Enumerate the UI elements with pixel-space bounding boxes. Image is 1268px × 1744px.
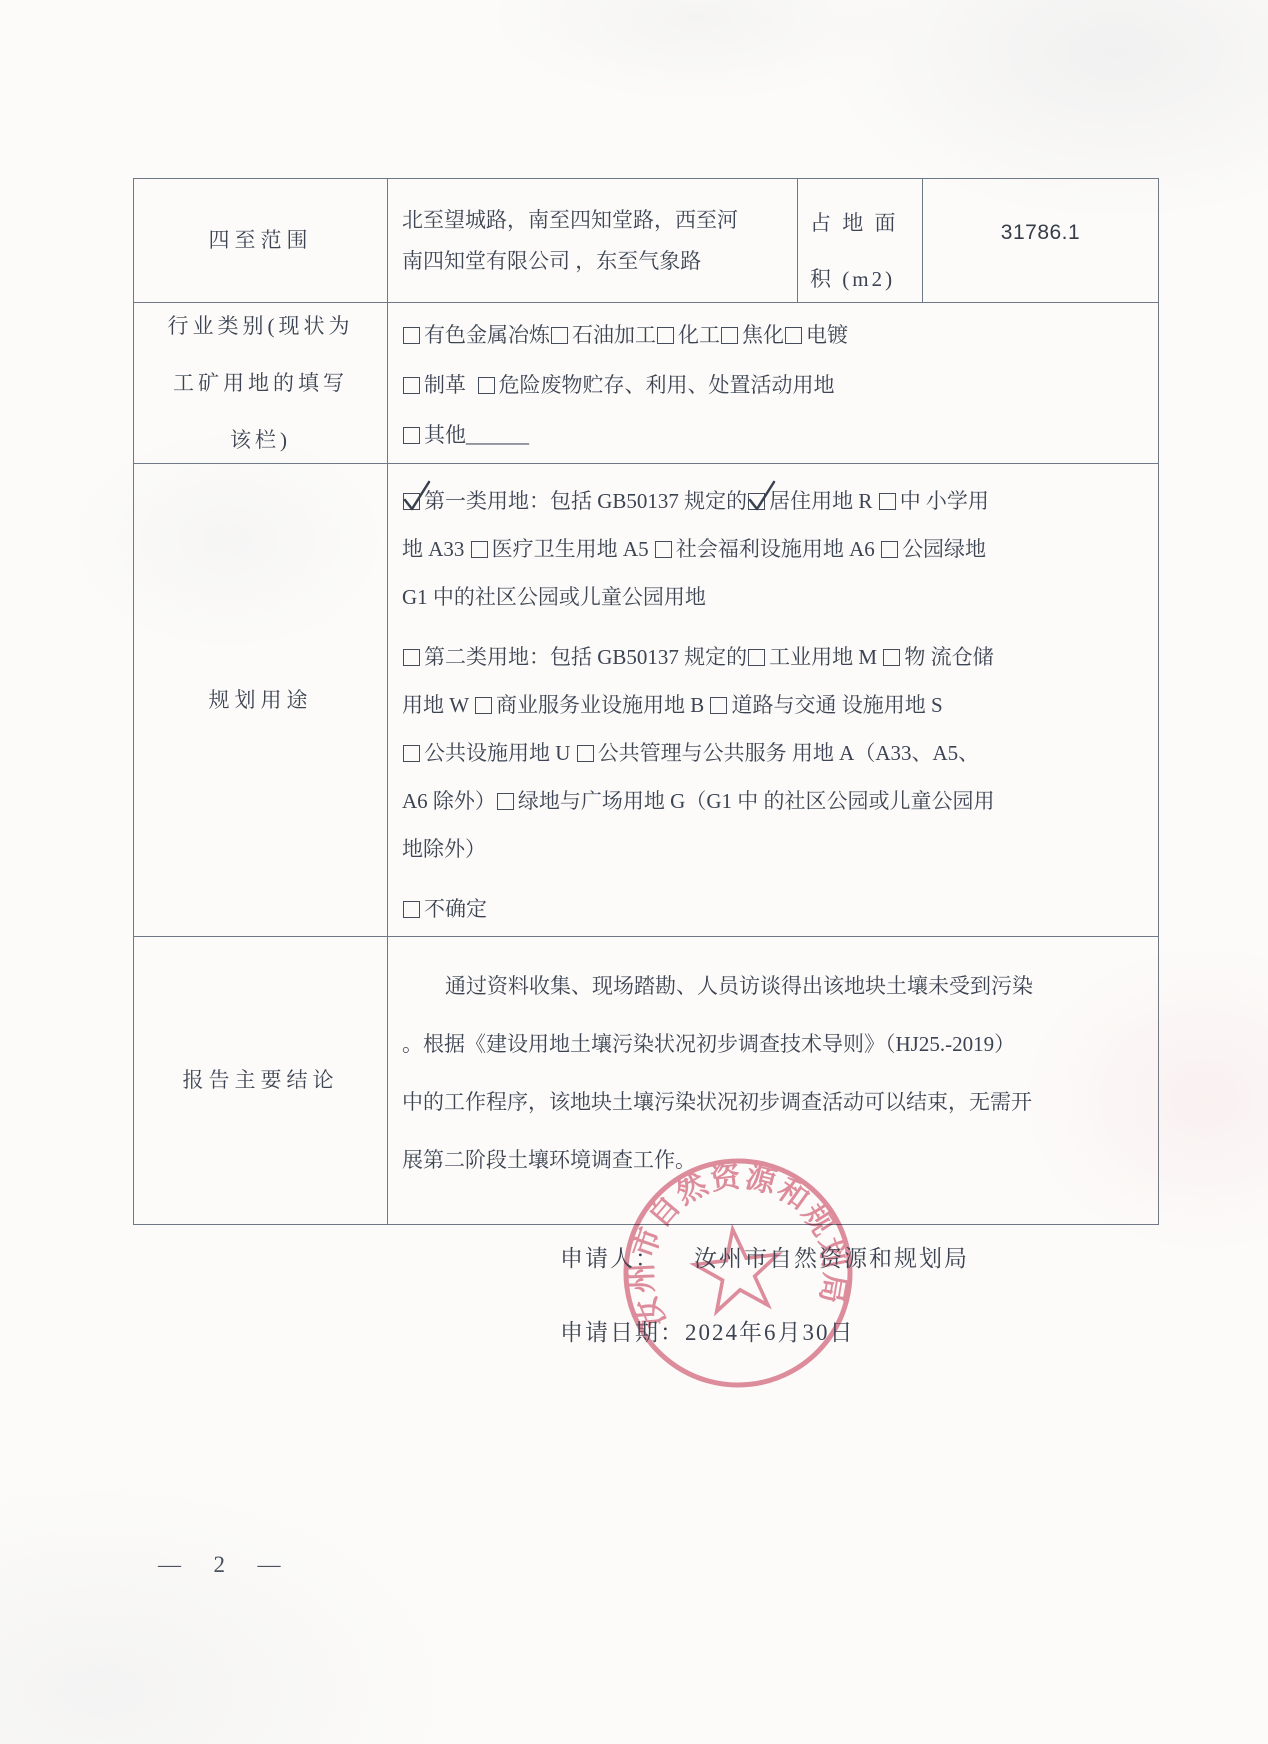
checkbox-unchecked[interactable] [478, 377, 495, 394]
boundaries-label-text: 四至范围 [209, 226, 313, 254]
checkbox-unchecked[interactable] [879, 493, 896, 510]
text-line: 工矿用地的填写 [173, 355, 348, 412]
text-line: 北至望城路，南至四知堂路，西至河 [402, 200, 787, 241]
uncertain-paragraph: 不确定 [402, 885, 1148, 933]
checkbox-unchecked[interactable] [785, 327, 802, 344]
page-number: — 2 — [158, 1552, 288, 1578]
checkbox-unchecked[interactable] [403, 377, 420, 394]
row-boundaries-label: 四至范围 [134, 179, 388, 303]
row-conclusion-label: 报告主要结论 [134, 937, 388, 1224]
checkbox-unchecked[interactable] [403, 427, 420, 444]
checkbox-unchecked[interactable] [471, 541, 488, 558]
text-line: 制革 危险废物贮存、利用、处置活动用地 [402, 360, 1148, 410]
text-line: 中的工作程序，该地块土壤污染状况初步调查活动可以结束，无需开 [402, 1073, 1144, 1131]
handwritten-check-icon [401, 477, 432, 514]
text-line: 第二类用地：包括 GB50137 规定的工业用地 M 物 流仓储 [402, 633, 1148, 681]
applicant-line: 申请人：汝州市自然资源和规划局 [560, 1240, 969, 1273]
text-line: 有色金属冶炼石油加工化工焦化电镀 [402, 310, 1148, 360]
text-line: 占 地 面 [810, 195, 918, 251]
applicant-value: 汝州市自然资源和规划局 [694, 1246, 969, 1271]
conclusion-label-text: 报告主要结论 [183, 1066, 339, 1094]
text-line: 积 (m2) [810, 251, 918, 303]
text-line: G1 中的社区公园或儿童公园用地 [402, 573, 1148, 621]
text-line: 行业类别(现状为 [168, 303, 354, 355]
handwritten-check-icon [746, 477, 777, 514]
checkbox-unchecked[interactable] [577, 745, 594, 762]
date-value: 2024年6月30日 [685, 1320, 855, 1345]
text-line: 地 A33 医疗卫生用地 A5 社会福利设施用地 A6 公园绿地 [402, 525, 1148, 573]
checkbox-unchecked[interactable] [748, 649, 765, 666]
checkbox-unchecked[interactable] [403, 901, 420, 918]
date-label: 申请日期： [560, 1320, 685, 1345]
checkbox-checked[interactable] [403, 493, 420, 510]
checkbox-unchecked[interactable] [551, 327, 568, 344]
checkbox-unchecked[interactable] [475, 697, 492, 714]
scanned-document-page: 四至范围 北至望城路，南至四知堂路，西至河南四知堂有限公司 ，东至气象路 占 地… [0, 0, 1268, 1744]
application-date-line: 申请日期：2024年6月30日 [560, 1314, 855, 1347]
text-line: A6 除外）绿地与广场用地 G（G1 中 的社区公园或儿童公园用 [402, 777, 1148, 825]
industry-options: 有色金属冶炼石油加工化工焦化电镀制革 危险废物贮存、利用、处置活动用地其他___… [388, 303, 1158, 464]
area-value: 31786.1 [923, 179, 1158, 303]
conclusion-text: 通过资料收集、现场踏勘、人员访谈得出该地块土壤未受到污染。根据《建设用地土壤污染… [388, 937, 1158, 1224]
checkbox-checked[interactable] [748, 493, 765, 510]
text-line: 该栏) [230, 412, 291, 465]
category2-paragraph: 第二类用地：包括 GB50137 规定的工业用地 M 物 流仓储用地 W 商业服… [402, 633, 1148, 873]
text-line: 第一类用地：包括 GB50137 规定的居住用地 R 中 小学用 [402, 477, 1148, 525]
text-line: 公共设施用地 U 公共管理与公共服务 用地 A（A33、A5、 [402, 729, 1148, 777]
row-planned-use-label: 规划用途 [134, 464, 388, 937]
boundaries-value: 北至望城路，南至四知堂路，西至河南四知堂有限公司 ，东至气象路 [388, 179, 798, 303]
text-line: 其他______ [402, 410, 1148, 460]
text-line: 用地 W 商业服务业设施用地 B 道路与交通 设施用地 S [402, 681, 1148, 729]
text-line: 地除外） [402, 825, 1148, 873]
text-line: 通过资料收集、现场踏勘、人员访谈得出该地块土壤未受到污染 [402, 957, 1144, 1015]
checkbox-unchecked[interactable] [655, 541, 672, 558]
planned-use-options: 第一类用地：包括 GB50137 规定的居住用地 R 中 小学用地 A33 医疗… [388, 464, 1158, 937]
text-line: 。根据《建设用地土壤污染状况初步调查技术导则》（HJ25.-2019） [402, 1015, 1144, 1073]
checkbox-unchecked[interactable] [710, 697, 727, 714]
checkbox-unchecked[interactable] [657, 327, 674, 344]
text-line: 不确定 [402, 885, 1148, 933]
text-line: 展第二阶段土壤环境调查工作。 [402, 1131, 1144, 1189]
planned-use-label-text: 规划用途 [209, 686, 313, 714]
row-industry-label: 行业类别(现状为工矿用地的填写该栏) [134, 303, 388, 464]
area-label: 占 地 面积 (m2) [798, 179, 923, 303]
category1-paragraph: 第一类用地：包括 GB50137 规定的居住用地 R 中 小学用地 A33 医疗… [402, 477, 1148, 621]
checkbox-unchecked[interactable] [403, 649, 420, 666]
area-value-number: 31786.1 [1001, 219, 1080, 247]
checkbox-unchecked[interactable] [721, 327, 738, 344]
checkbox-unchecked[interactable] [403, 745, 420, 762]
land-parcel-form-table: 四至范围 北至望城路，南至四知堂路，西至河南四知堂有限公司 ，东至气象路 占 地… [133, 178, 1159, 1225]
checkbox-unchecked[interactable] [497, 793, 514, 810]
checkbox-unchecked[interactable] [881, 541, 898, 558]
checkbox-unchecked[interactable] [883, 649, 900, 666]
applicant-label: 申请人： [560, 1246, 660, 1271]
text-line: 南四知堂有限公司 ，东至气象路 [402, 241, 787, 282]
checkbox-unchecked[interactable] [403, 327, 420, 344]
